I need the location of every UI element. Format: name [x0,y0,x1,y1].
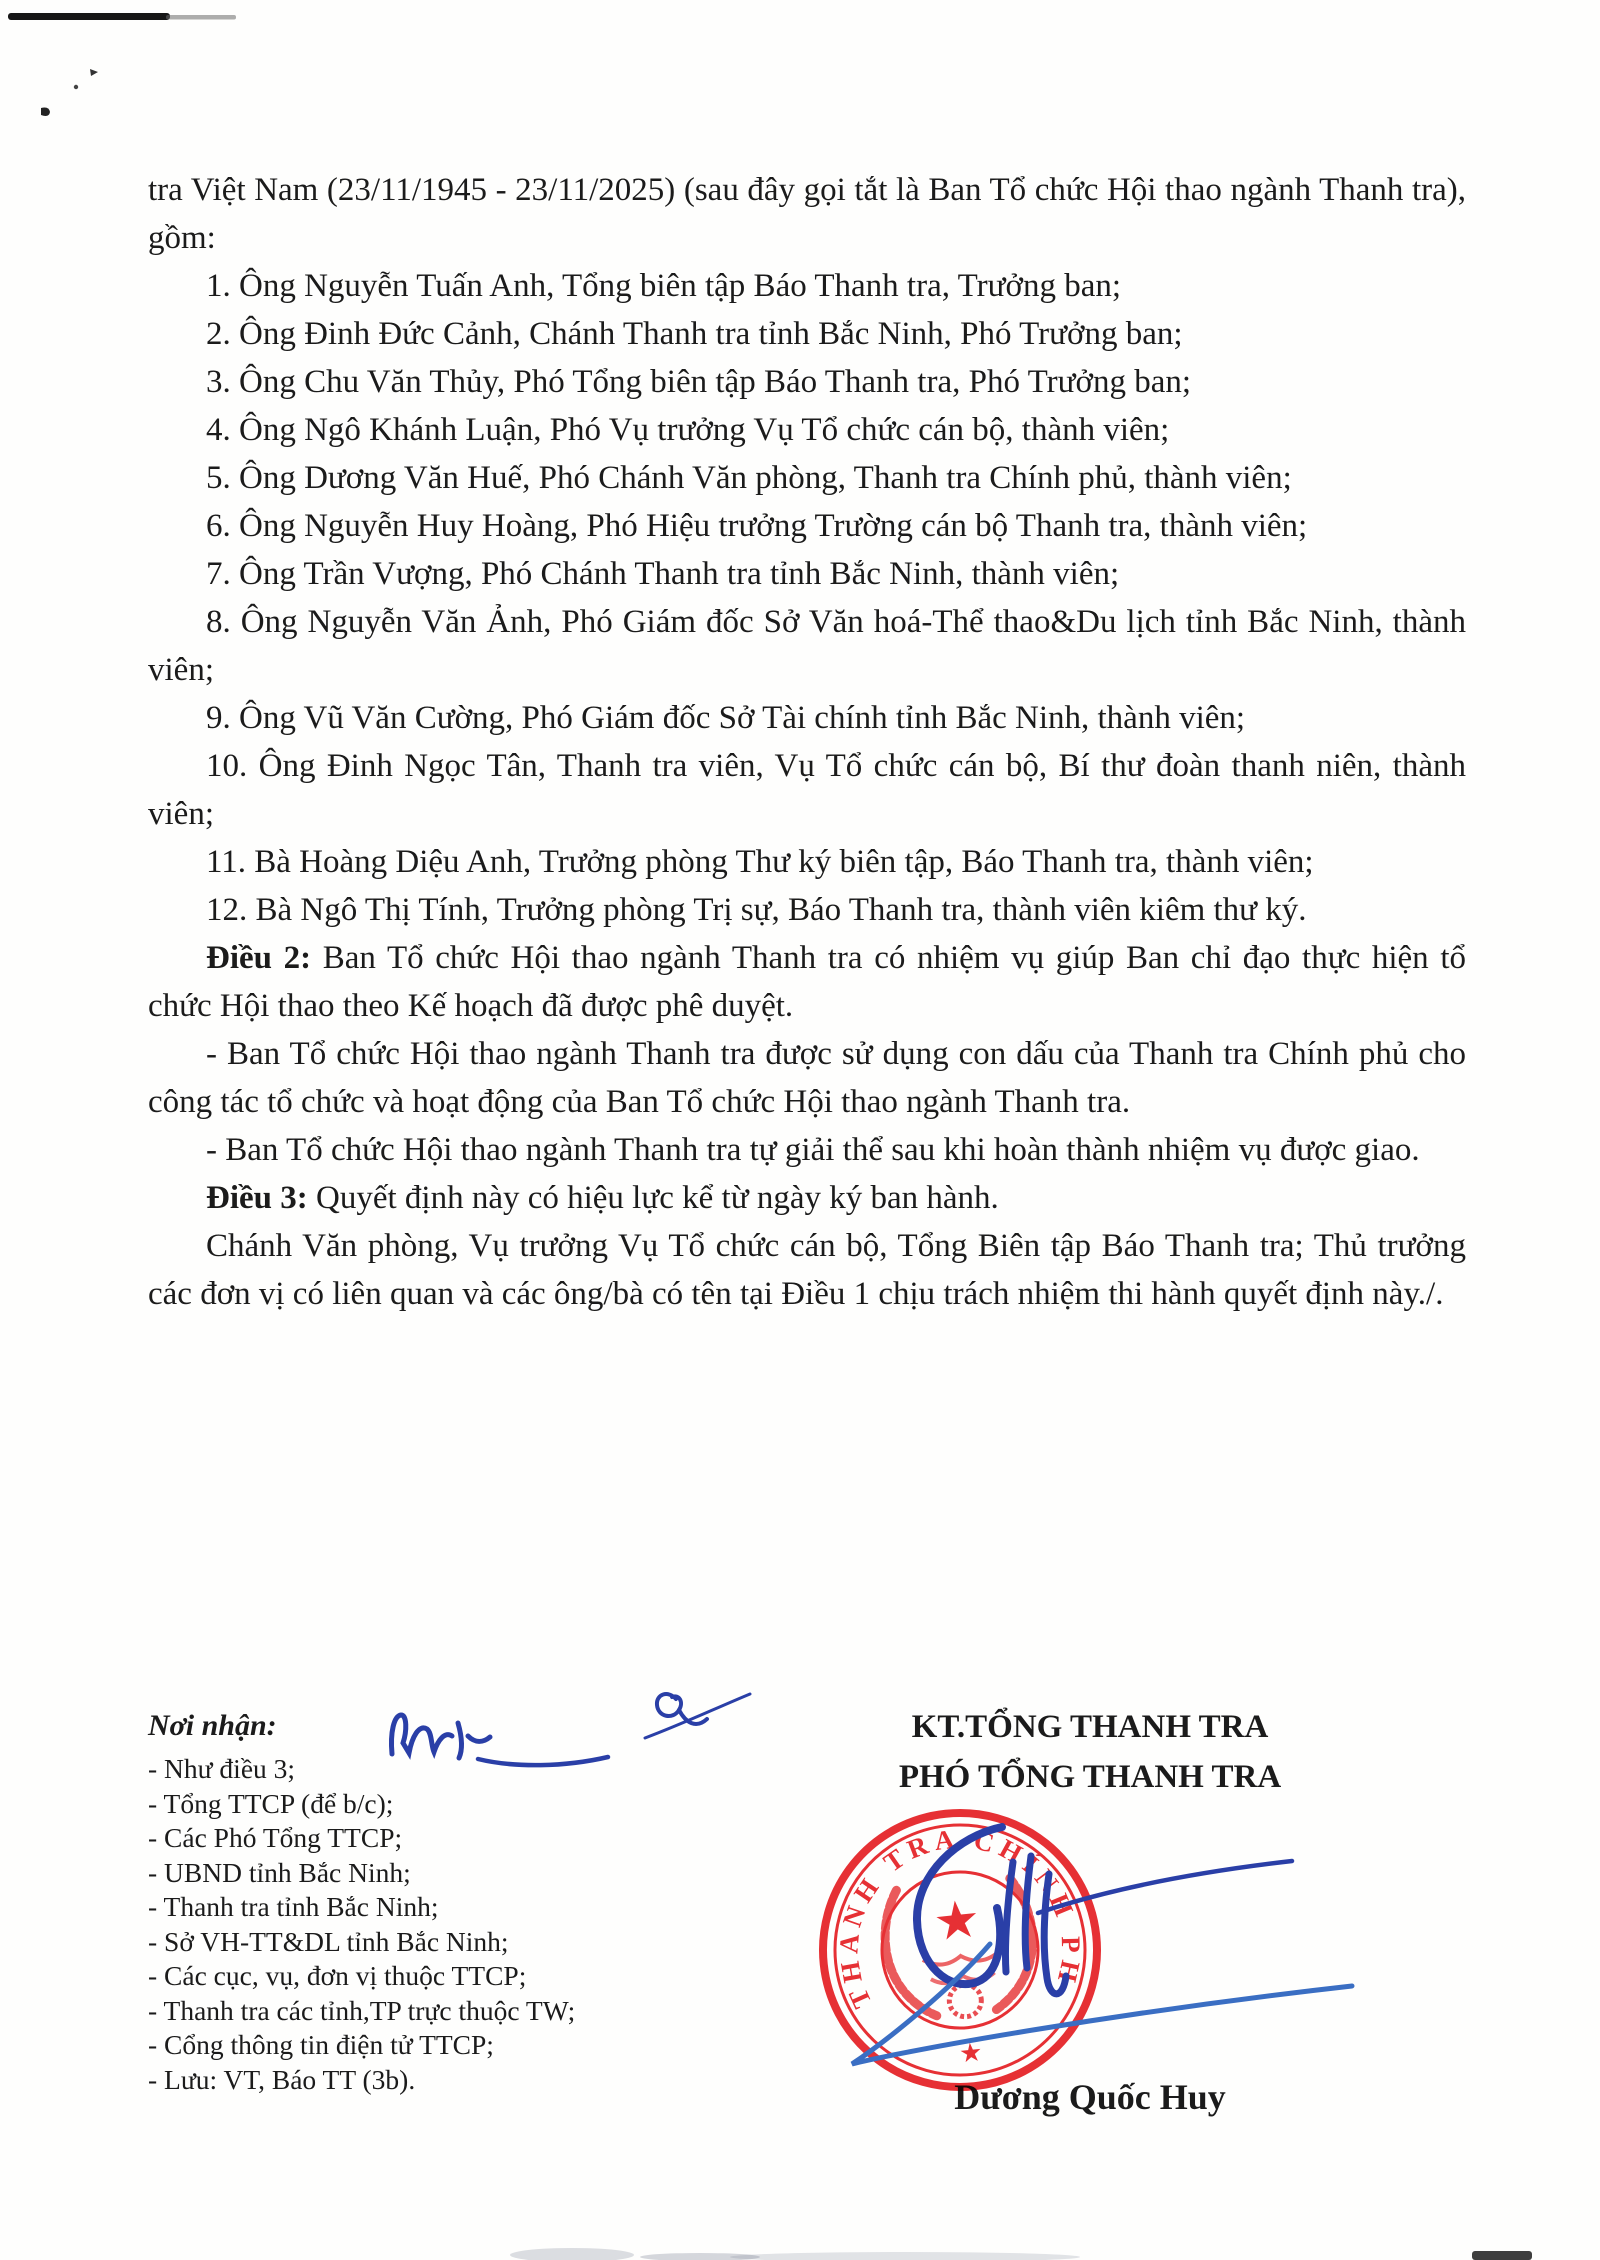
signer-name: Dương Quốc Huy [850,2076,1330,2118]
authority-title-line1: KT.TỔNG THANH TRA [850,1702,1330,1752]
body-paragraph: - Ban Tổ chức Hội thao ngành Thanh tra đ… [148,1030,1466,1126]
signature-flourish [917,1827,1002,1984]
emblem-star-icon: ★ [931,1891,983,1953]
list-item: 12. Bà Ngô Thị Tính, Trưởng phòng Trị sự… [148,886,1466,934]
list-item: - Như điều 3; [148,1752,708,1787]
seal-inner-border-ring [823,1813,1098,2088]
article-3-label: Điều 3: [206,1180,308,1216]
list-item: - Cổng thông tin điện tử TTCP; [148,2028,708,2063]
list-item: 5. Ông Dương Văn Huế, Phó Chánh Văn phòn… [148,454,1466,502]
signature-upper-stroke [1038,1861,1292,1913]
scan-artifact-top-line [8,13,236,116]
list-item: - Tổng TTCP (để b/c); [148,1787,708,1822]
list-item: 3. Ông Chu Văn Thủy, Phó Tổng biên tập B… [148,358,1466,406]
seal-emblem-ring [874,1864,1045,2035]
list-item: - UBND tỉnh Bắc Ninh; [148,1856,708,1891]
signature-ink [852,1827,1352,2064]
list-item: - Các cục, vụ, đơn vị thuộc TTCP; [148,1959,708,1994]
list-item: - Lưu: VT, Báo TT (3b). [148,2063,708,2098]
list-item: - Sở VH-TT&DL tỉnh Bắc Ninh; [148,1925,708,1960]
article-2-paragraph: Điều 2: Ban Tổ chức Hội thao ngành Thanh… [148,934,1466,1030]
authority-title: KT.TỔNG THANH TRA PHÓ TỔNG THANH TRA [850,1702,1330,1802]
list-item: 8. Ông Nguyễn Văn Ảnh, Phó Giám đốc Sở V… [148,598,1466,694]
body-paragraph: Chánh Văn phòng, Vụ trưởng Vụ Tổ chức cá… [148,1222,1466,1318]
document-body: tra Việt Nam (23/11/1945 - 23/11/2025) (… [148,166,1466,1318]
list-item: - Thanh tra tỉnh Bắc Ninh; [148,1890,708,1925]
body-paragraph: - Ban Tổ chức Hội thao ngành Thanh tra t… [148,1126,1466,1174]
authority-title-line2: PHÓ TỔNG THANH TRA [850,1752,1330,1802]
recipients-list: - Như điều 3; - Tổng TTCP (để b/c); - Cá… [148,1752,708,2097]
recipients-label: Nơi nhận: [148,1708,708,1744]
article-3-paragraph: Điều 3: Quyết định này có hiệu lực kể từ… [148,1174,1466,1222]
national-emblem-icon: ★ [880,1877,1040,2025]
list-item: 1. Ông Nguyễn Tuấn Anh, Tổng biên tập Bá… [148,262,1466,310]
signature-underline-stroke [852,1944,1352,2064]
recipients-block: Nơi nhận: - Như điều 3; - Tổng TTCP (để … [148,1708,708,2097]
list-item: 11. Bà Hoàng Diệu Anh, Trưởng phòng Thư … [148,838,1466,886]
seal-star-separator-icon: ★ [958,2037,984,2068]
document-page: tra Việt Nam (23/11/1945 - 23/11/2025) (… [0,0,1600,2260]
article-2-label: Điều 2: [206,940,311,976]
list-item: 4. Ông Ngô Khánh Luận, Phó Vụ trưởng Vụ … [148,406,1466,454]
list-item: 6. Ông Nguyễn Huy Hoàng, Phó Hiệu trưởng… [148,502,1466,550]
list-item: 2. Ông Đinh Đức Cảnh, Chánh Thanh tra tỉ… [148,310,1466,358]
list-item: 10. Ông Đinh Ngọc Tân, Thanh tra viên, V… [148,742,1466,838]
list-item: 7. Ông Trần Vượng, Phó Chánh Thanh tra t… [148,550,1466,598]
list-item: 9. Ông Vũ Văn Cường, Phó Giám đốc Sở Tài… [148,694,1466,742]
list-item: - Các Phó Tổng TTCP; [148,1821,708,1856]
body-paragraph: tra Việt Nam (23/11/1945 - 23/11/2025) (… [148,166,1466,262]
list-item: - Thanh tra các tỉnh,TP trực thuộc TW; [148,1994,708,2029]
scan-artifact-bottom [510,2248,1532,2260]
signature-flourish [1005,1856,1066,1994]
seal-outer-ring [809,1799,1110,2100]
